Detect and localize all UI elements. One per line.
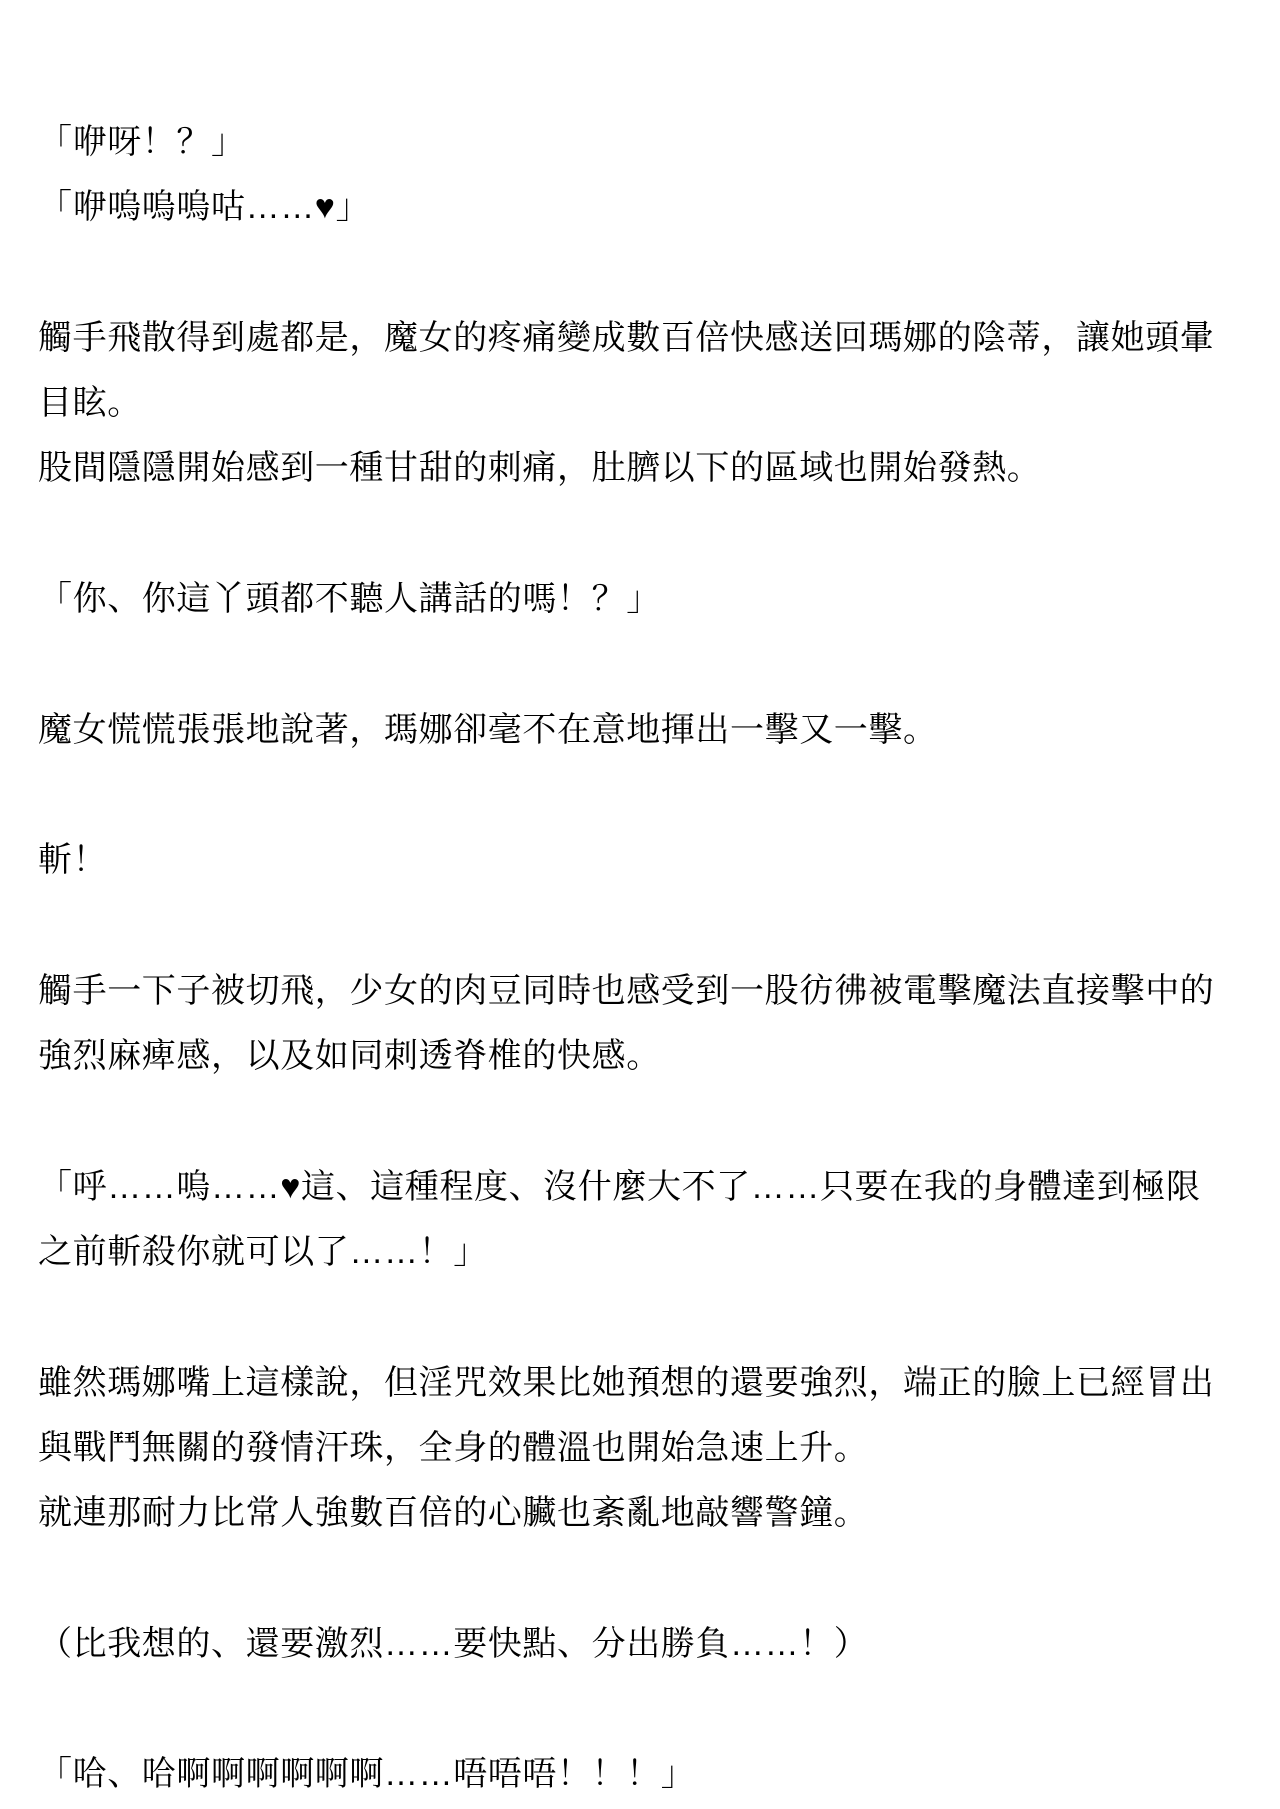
text-line: 與戰鬥無關的發情汗珠，全身的體溫也開始急速上升。 [38,1416,1240,1481]
text-line: 觸手一下子被切飛，少女的肉豆同時也感受到一股彷彿被電擊魔法直接擊中的 [38,959,1240,1024]
paragraph: 「你、你這丫頭都不聽人講話的嗎！？」 [38,567,1240,632]
paragraph: （比我想的、還要激烈……要快點、分出勝負……！） [38,1612,1240,1677]
novel-text-page: 「咿呀！？」「咿嗚嗚嗚咕……♥」觸手飛散得到處都是，魔女的疼痛變成數百倍快感送回… [0,0,1280,1809]
paragraph: 魔女慌慌張張地說著，瑪娜卻毫不在意地揮出一擊又一擊。 [38,698,1240,763]
text-line: 「你、你這丫頭都不聽人講話的嗎！？」 [38,567,1240,632]
text-line: 「咿呀！？」 [38,110,1240,175]
paragraph: 斬！ [38,828,1240,893]
text-line: 魔女慌慌張張地說著，瑪娜卻毫不在意地揮出一擊又一擊。 [38,698,1240,763]
text-line: 斬！ [38,828,1240,893]
text-line: 「呼……嗚……♥這、這種程度、沒什麼大不了……只要在我的身體達到極限 [38,1155,1240,1220]
text-line: 「哈、哈啊啊啊啊啊啊……唔唔唔！！！」 [38,1742,1240,1807]
text-line: 就連那耐力比常人強數百倍的心臟也紊亂地敲響警鐘。 [38,1481,1240,1546]
text-line: 「咿嗚嗚嗚咕……♥」 [38,175,1240,240]
text-line: 之前斬殺你就可以了……！」 [38,1220,1240,1285]
text-line: 目眩。 [38,371,1240,436]
paragraph: 「哈、哈啊啊啊啊啊啊……唔唔唔！！！」 [38,1742,1240,1807]
text-line: 股間隱隱開始感到一種甘甜的刺痛，肚臍以下的區域也開始發熱。 [38,436,1240,501]
text-line: 雖然瑪娜嘴上這樣說，但淫咒效果比她預想的還要強烈，端正的臉上已經冒出 [38,1351,1240,1416]
text-content: 「咿呀！？」「咿嗚嗚嗚咕……♥」觸手飛散得到處都是，魔女的疼痛變成數百倍快感送回… [38,110,1240,1808]
text-line: 觸手飛散得到處都是，魔女的疼痛變成數百倍快感送回瑪娜的陰蒂，讓她頭暈 [38,306,1240,371]
paragraph: 雖然瑪娜嘴上這樣說，但淫咒效果比她預想的還要強烈，端正的臉上已經冒出與戰鬥無關的… [38,1351,1240,1547]
paragraph: 「呼……嗚……♥這、這種程度、沒什麼大不了……只要在我的身體達到極限之前斬殺你就… [38,1155,1240,1286]
paragraph: 觸手一下子被切飛，少女的肉豆同時也感受到一股彷彿被電擊魔法直接擊中的強烈麻痺感，… [38,959,1240,1090]
paragraph: 觸手飛散得到處都是，魔女的疼痛變成數百倍快感送回瑪娜的陰蒂，讓她頭暈目眩。股間隱… [38,306,1240,502]
text-line: （比我想的、還要激烈……要快點、分出勝負……！） [38,1612,1240,1677]
text-line: 強烈麻痺感，以及如同刺透脊椎的快感。 [38,1024,1240,1089]
paragraph: 「咿呀！？」「咿嗚嗚嗚咕……♥」 [38,110,1240,241]
